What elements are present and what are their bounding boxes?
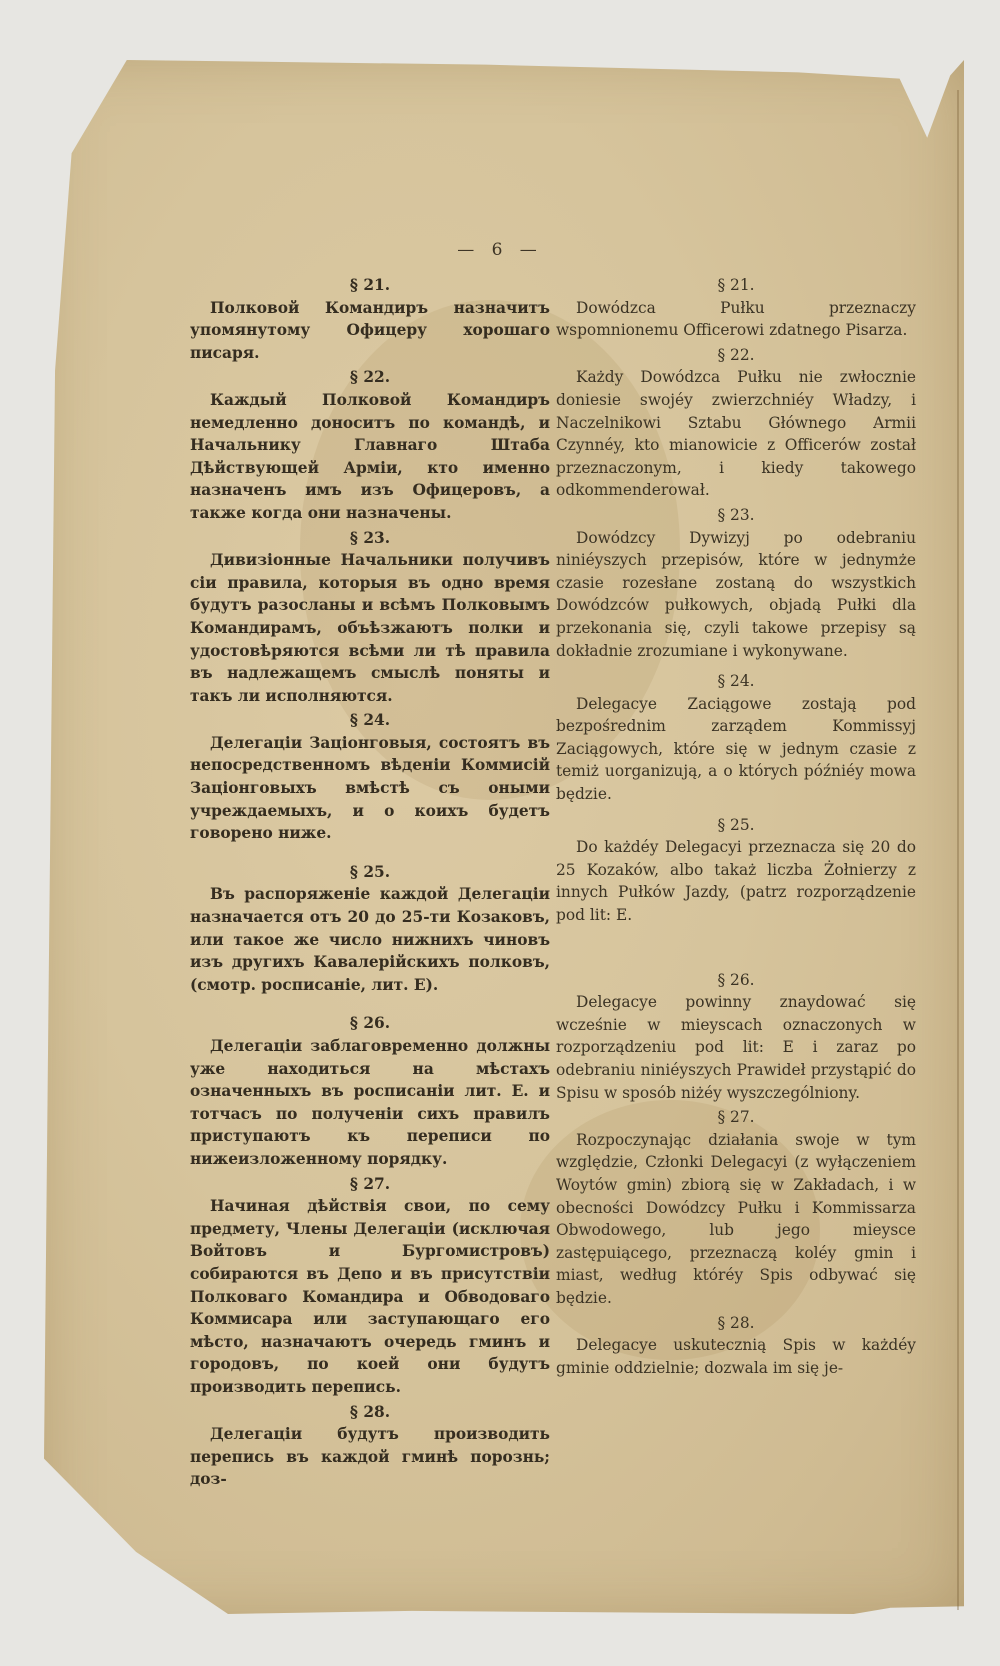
section-heading: § 21.: [190, 274, 550, 297]
spacer: [190, 998, 550, 1012]
section-text: Делегацiи будутъ производить перепись въ…: [190, 1423, 550, 1491]
section-heading: § 22.: [190, 366, 550, 389]
section-28-ru: § 28. Делегацiи будутъ производить переп…: [190, 1401, 550, 1491]
section-heading: § 24.: [190, 709, 550, 732]
section-text: Delegacye Zaciągowe zostają pod bezpośre…: [556, 693, 916, 806]
page-fold-line: [957, 90, 959, 1610]
spacer: [190, 847, 550, 861]
section-22-ru: § 22. Каждый Полковой Командиръ немедлен…: [190, 366, 550, 524]
section-text: Делегацiи Зацiонговыя, состоятъ въ непос…: [190, 732, 550, 845]
section-text: Delegacye uskutecznią Spis w każdéy gmin…: [556, 1334, 916, 1379]
section-26-ru: § 26. Делегацiи заблаговременно должны у…: [190, 1012, 550, 1170]
section-text: Каждый Полковой Командиръ немедленно дон…: [190, 389, 550, 525]
section-text: Do każdéy Delegacyi przeznacza się 20 do…: [556, 836, 916, 926]
section-27-pl: § 27. Rozpoczynając działania swoje w ty…: [556, 1106, 916, 1309]
polish-column: § 21. Dowódzca Pułku przeznaczy wspomnio…: [556, 274, 916, 1381]
section-heading: § 28.: [190, 1401, 550, 1424]
section-text: Dowódzca Pułku przeznaczy wspomnionemu O…: [556, 297, 916, 342]
section-text: Każdy Dowódzca Pułku nie zwłocznie donie…: [556, 366, 916, 502]
section-heading: § 27.: [190, 1173, 550, 1196]
section-text: Rozpoczynając działania swoje w tym wzgl…: [556, 1129, 916, 1310]
page-number: — 6 —: [0, 240, 1000, 260]
section-24-ru: § 24. Делегацiи Зацiонговыя, состоятъ въ…: [190, 709, 550, 845]
section-heading: § 23.: [556, 504, 916, 527]
section-text: Делегацiи заблаговременно должны уже нах…: [190, 1035, 550, 1171]
section-24-pl: § 24. Delegacye Zaciągowe zostają pod be…: [556, 670, 916, 806]
section-heading: § 25.: [556, 814, 916, 837]
section-text: Dowódzcy Dywizyj po odebraniu niniéyszyc…: [556, 527, 916, 663]
section-heading: § 21.: [556, 274, 916, 297]
section-27-ru: § 27. Начиная дѣйствiя свои, по сему пре…: [190, 1173, 550, 1399]
section-25-ru: § 25. Въ распоряженiе каждой Делегацiи н…: [190, 861, 550, 997]
spacer: [556, 929, 916, 969]
russian-column: § 21. Полковой Командиръ назначитъ упомя…: [190, 274, 550, 1493]
section-heading: § 24.: [556, 670, 916, 693]
section-25-pl: § 25. Do każdéy Delegacyi przeznacza się…: [556, 814, 916, 927]
section-text: Въ распоряженiе каждой Делегацiи назнача…: [190, 883, 550, 996]
section-21-ru: § 21. Полковой Командиръ назначитъ упомя…: [190, 274, 550, 364]
section-text: Полковой Командиръ назначитъ упомянутому…: [190, 297, 550, 365]
section-text: Delegacye powinny znaydować się wcześnie…: [556, 991, 916, 1104]
section-text: Начиная дѣйствiя свои, по сему предмету,…: [190, 1195, 550, 1398]
section-heading: § 25.: [190, 861, 550, 884]
section-23-ru: § 23. Дивизiонные Начальники получивъ сi…: [190, 527, 550, 708]
section-21-pl: § 21. Dowódzca Pułku przeznaczy wspomnio…: [556, 274, 916, 342]
section-heading: § 23.: [190, 527, 550, 550]
section-23-pl: § 23. Dowódzcy Dywizyj po odebraniu nini…: [556, 504, 916, 662]
section-heading: § 28.: [556, 1312, 916, 1335]
section-heading: § 26.: [556, 969, 916, 992]
section-text: Дивизiонные Начальники получивъ сiи прав…: [190, 549, 550, 707]
section-heading: § 26.: [190, 1012, 550, 1035]
section-26-pl: § 26. Delegacye powinny znaydować się wc…: [556, 969, 916, 1105]
section-22-pl: § 22. Każdy Dowódzca Pułku nie zwłocznie…: [556, 344, 916, 502]
section-28-pl: § 28. Delegacye uskutecznią Spis w każdé…: [556, 1312, 916, 1380]
section-heading: § 27.: [556, 1106, 916, 1129]
section-heading: § 22.: [556, 344, 916, 367]
